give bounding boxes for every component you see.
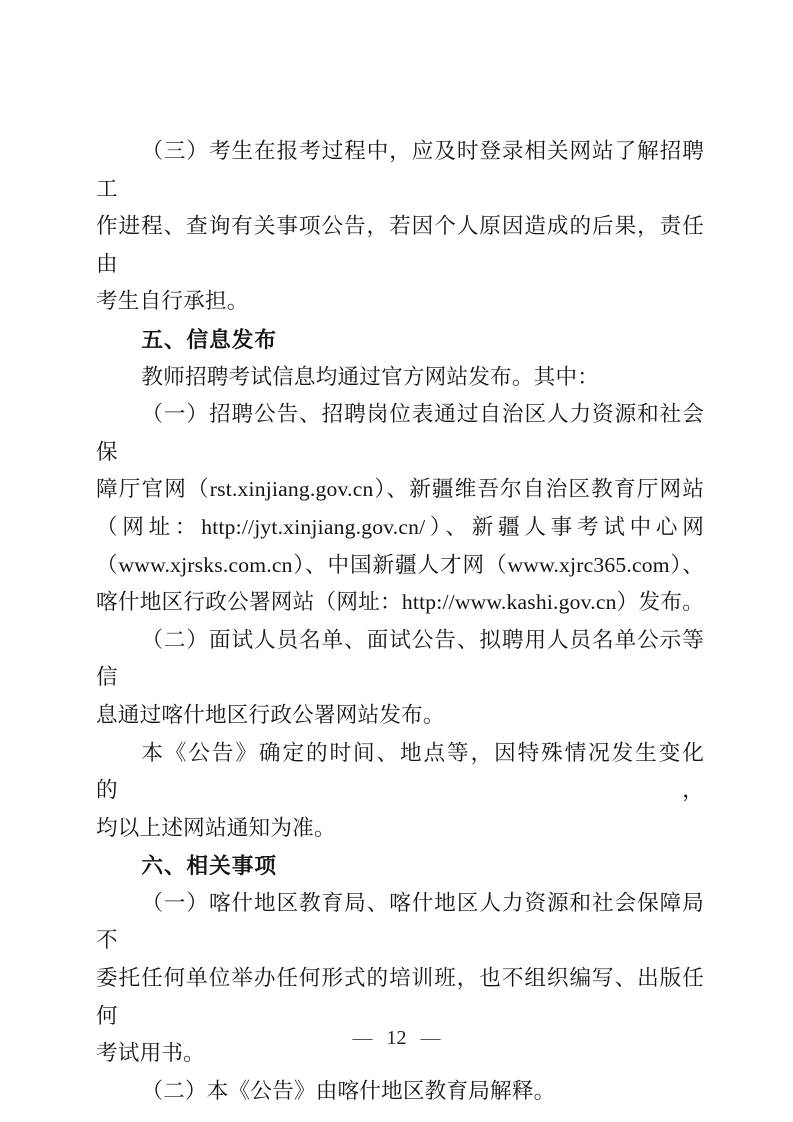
text-line: 委托任何单位举办任何形式的培训班，也不组织编写、出版任何 xyxy=(96,960,704,1035)
document-body: （三）考生在报考过程中，应及时登录相关网站了解招聘工 作进程、查询有关事项公告，… xyxy=(96,133,704,1110)
heading-text: 五、信息发布 xyxy=(96,321,704,359)
text-line: （二）本《公告》由喀什地区教育局解释。 xyxy=(96,1073,704,1111)
text-line: （一）喀什地区教育局、喀什地区人力资源和社会保障局不 xyxy=(96,885,704,960)
text-line: 障厅官网（rst.xinjiang.gov.cn）、新疆维吾尔自治区教育厅网站 xyxy=(96,471,704,509)
text-line: （一）招聘公告、招聘岗位表通过自治区人力资源和社会保 xyxy=(96,396,704,471)
paragraph: 本《公告》确定的时间、地点等，因特殊情况发生变化的， 均以上述网站通知为准。 xyxy=(96,735,704,848)
paragraph: （三）考生在报考过程中，应及时登录相关网站了解招聘工 作进程、查询有关事项公告，… xyxy=(96,133,704,321)
text-line: 本《公告》确定的时间、地点等，因特殊情况发生变化的， xyxy=(96,735,704,810)
document-page: （三）考生在报考过程中，应及时登录相关网站了解招聘工 作进程、查询有关事项公告，… xyxy=(0,0,793,1122)
text-line: （三）考生在报考过程中，应及时登录相关网站了解招聘工 xyxy=(96,133,704,208)
text-line: 教师招聘考试信息均通过官方网站发布。其中： xyxy=(96,359,704,397)
text-line: 均以上述网站通知为准。 xyxy=(96,810,704,848)
footer-dash-left: — xyxy=(353,1026,373,1050)
text-line: 喀什地区行政公署网站（网址：http://www.kashi.gov.cn）发布… xyxy=(96,584,704,622)
paragraph: （一）招聘公告、招聘岗位表通过自治区人力资源和社会保 障厅官网（rst.xinj… xyxy=(96,396,704,622)
section-heading: 五、信息发布 xyxy=(96,321,704,359)
page-number: 12 xyxy=(387,1026,407,1050)
text-line: 作进程、查询有关事项公告，若因个人原因造成的后果，责任由 xyxy=(96,208,704,283)
paragraph: 教师招聘考试信息均通过官方网站发布。其中： xyxy=(96,359,704,397)
section-heading: 六、相关事项 xyxy=(96,847,704,885)
page-footer: — 12 — xyxy=(0,1026,793,1050)
text-line: （二）面试人员名单、面试公告、拟聘用人员名单公示等信 xyxy=(96,622,704,697)
text-line: （www.xjrsks.com.cn）、中国新疆人才网（www.xjrc365.… xyxy=(96,547,704,585)
text-line: 考生自行承担。 xyxy=(96,283,704,321)
paragraph: （二）面试人员名单、面试公告、拟聘用人员名单公示等信 息通过喀什地区行政公署网站… xyxy=(96,622,704,735)
text-line: 息通过喀什地区行政公署网站发布。 xyxy=(96,697,704,735)
heading-text: 六、相关事项 xyxy=(96,847,704,885)
footer-dash-right: — xyxy=(421,1026,441,1050)
paragraph: （二）本《公告》由喀什地区教育局解释。 xyxy=(96,1073,704,1111)
text-line: （网址：http://jyt.xinjiang.gov.cn/）、新疆人事考试中… xyxy=(96,509,704,547)
